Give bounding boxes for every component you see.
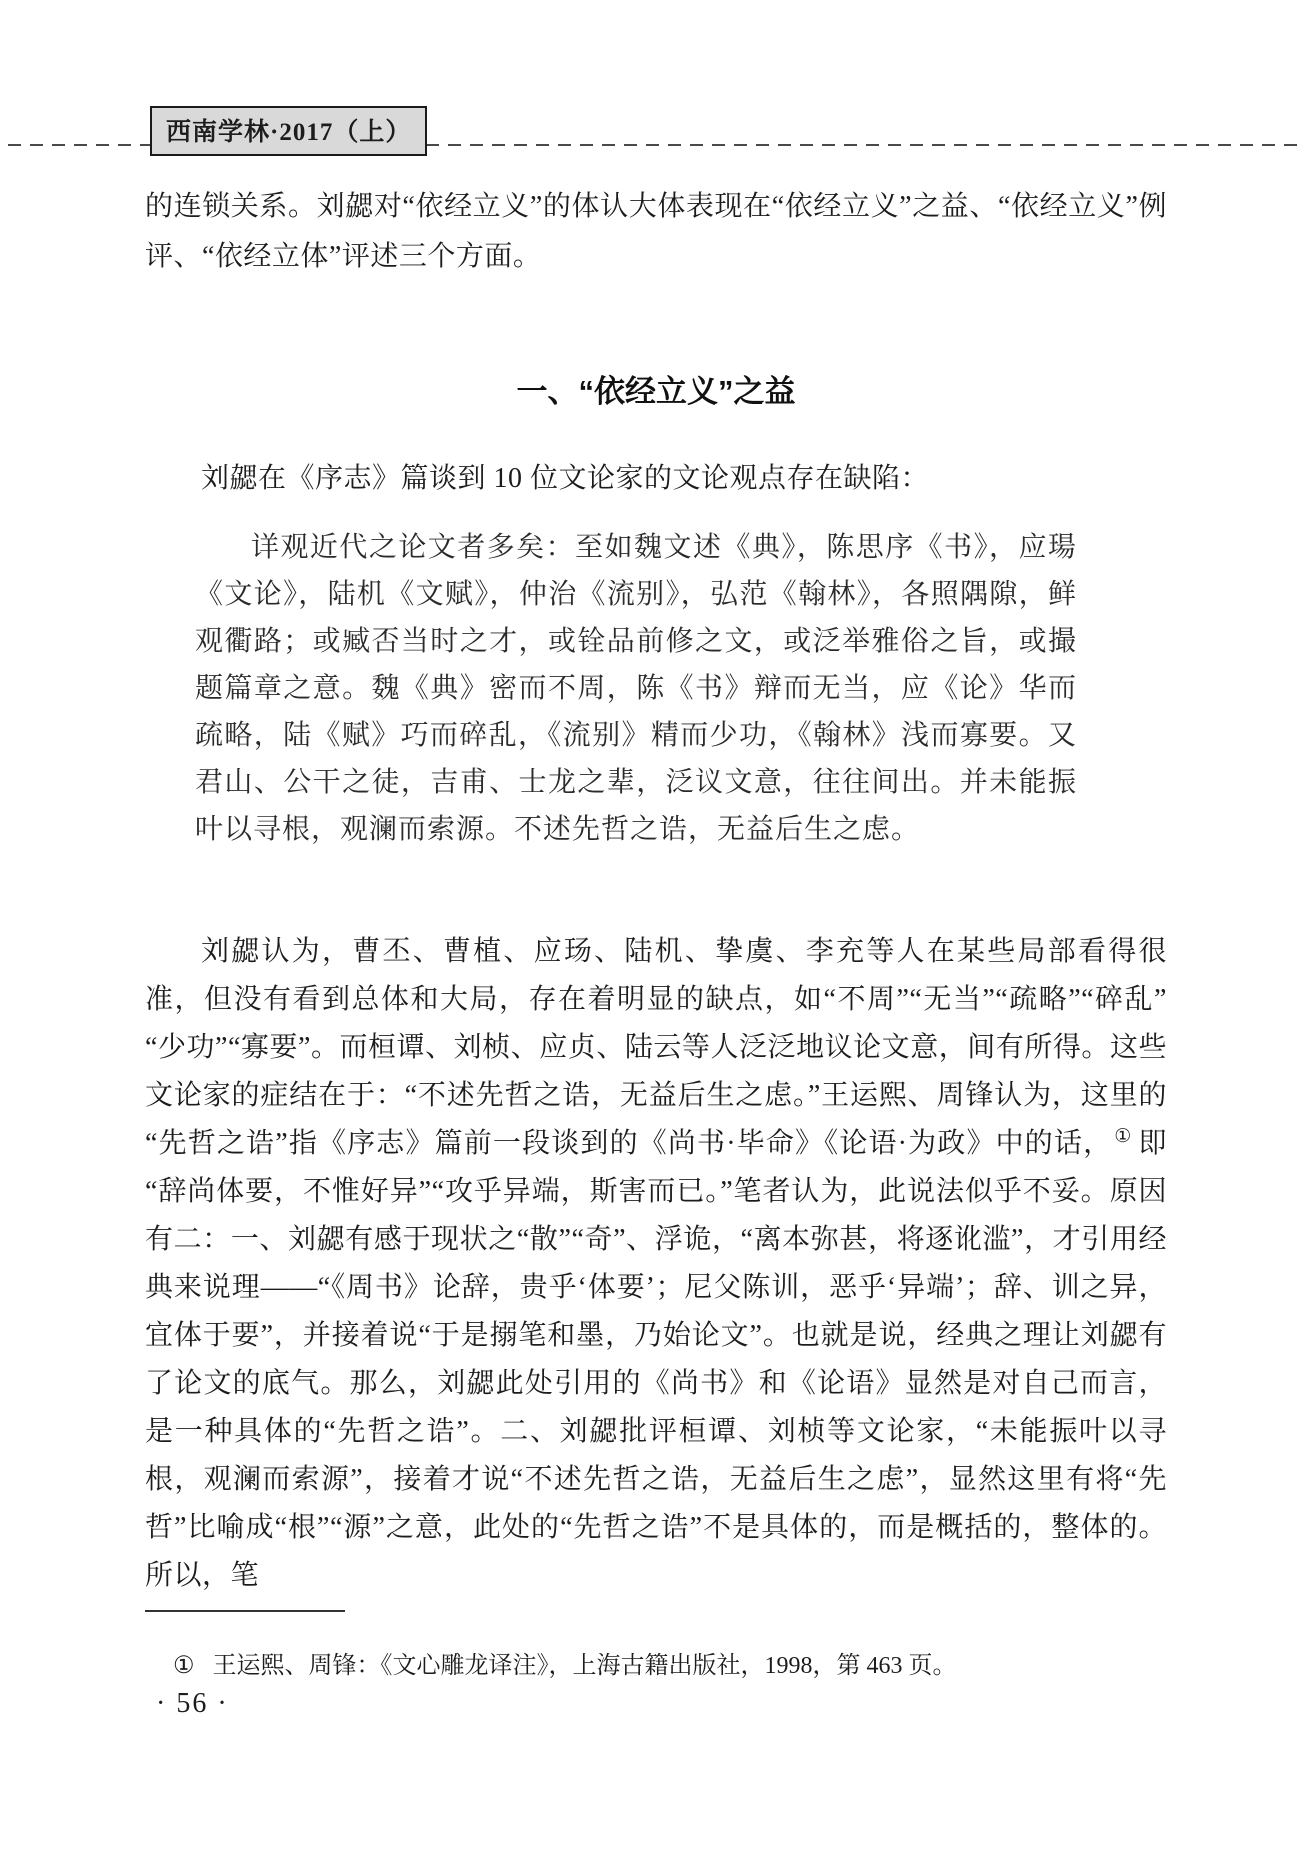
intro-paragraph: 的连锁关系。刘勰对“依经立义”的体认大体表现在“依经立义”之益、“依经立义”例评… (145, 182, 1167, 282)
analysis-paragraph-part2: 即“辞尚体要，不惟好异”“攻乎异端，斯害而已。”笔者认为，此说法似乎不妥。原因有… (145, 1128, 1167, 1591)
lead-paragraph: 刘勰在《序志》篇谈到 10 位文论家的文论观点存在缺陷： (145, 455, 1167, 503)
footnote: ①王运熙、周锋：《文心雕龙译注》，上海古籍出版社，1998，第 463 页。 (145, 1646, 1167, 1686)
analysis-paragraph: 刘勰认为，曹丕、曹植、应玚、陆机、挚虞、李充等人在某些局部看得很准，但没有看到总… (145, 928, 1167, 1600)
section-heading: 一、“依经立义”之益 (145, 366, 1167, 411)
footnote-text: 王运熙、周锋：《文心雕龙译注》，上海古籍出版社，1998，第 463 页。 (213, 1653, 957, 1679)
scanned-journal-page: 西南学林·2017（上） 的连锁关系。刘勰对“依经立义”的体认大体表现在“依经立… (0, 0, 1307, 1859)
footnote-marker: ① (173, 1653, 195, 1679)
journal-title: 西南学林·2017（上） (166, 119, 411, 146)
footnote-reference-marker: ① (1114, 1126, 1132, 1147)
running-head-box: 西南学林·2017（上） (150, 106, 427, 156)
classical-quote-block: 详观近代之论文者多矣：至如魏文述《典》，陈思序《书》，应瑒《文论》，陆机《文赋》… (195, 524, 1077, 853)
footnote-separator-rule (145, 1610, 345, 1612)
analysis-paragraph-part1: 刘勰认为，曹丕、曹植、应玚、陆机、挚虞、李充等人在某些局部看得很准，但没有看到总… (145, 936, 1167, 1159)
page-number: · 56 · (156, 1688, 229, 1720)
